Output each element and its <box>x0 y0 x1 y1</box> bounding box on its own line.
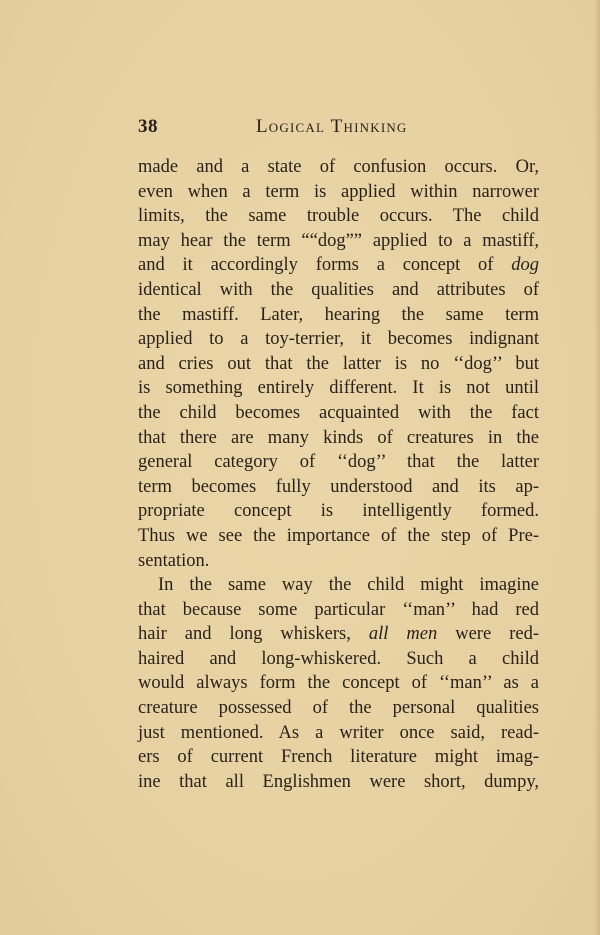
text-segment: hair and long whiskers, <box>138 624 369 644</box>
text-line: identical with the qualities and attribu… <box>138 278 539 303</box>
text-line: made and a state of confusion occurs. Or… <box>138 155 539 180</box>
text-line: general category of ‘‘dog’’ that the lat… <box>138 450 539 475</box>
text-line: that because some particular ‘‘man’’ had… <box>138 598 539 623</box>
text-line: applied to a toy-terrier, it becomes ind… <box>138 327 539 352</box>
text-line: Thus we see the importance of the step o… <box>138 524 539 549</box>
text-line: hair and long whiskers, all men were red… <box>138 622 539 647</box>
text-line: haired and long-whiskered. Such a child <box>138 647 539 672</box>
running-title: Logical Thinking <box>256 116 408 138</box>
text-line: even when a term is applied within narro… <box>138 180 539 205</box>
text-line: just mentioned. As a writer once said, r… <box>138 721 539 746</box>
text-line: term becomes fully understood and its ap… <box>138 475 539 500</box>
text-line: propriate concept is intelligently forme… <box>138 499 539 524</box>
text-line: the child becomes acquainted with the fa… <box>138 401 539 426</box>
text-line: would always form the concept of ‘‘man’’… <box>138 671 539 696</box>
book-page: 38 Logical Thinking made and a state of … <box>0 0 600 935</box>
text-line: creature possessed of the personal quali… <box>138 696 539 721</box>
text-line: and cries out that the latter is no ‘‘do… <box>138 352 539 377</box>
text-line: ine that all Englishmen were short, dump… <box>138 770 539 795</box>
running-header: 38 Logical Thinking <box>138 116 538 138</box>
text-segment: and it accordingly forms a concept of <box>138 255 511 275</box>
paragraph-first-line: In the same way the child might imagine <box>138 573 539 598</box>
italic-term: all men <box>369 624 437 644</box>
text-line: is something entirely different. It is n… <box>138 376 539 401</box>
text-line: may hear the term ““dog”” applied to a m… <box>138 229 539 254</box>
text-line: ers of current French literature might i… <box>138 745 539 770</box>
text-line: the mastiff. Later, hearing the same ter… <box>138 303 539 328</box>
page-edge-shadow <box>594 0 600 935</box>
page-number: 38 <box>138 116 158 138</box>
text-segment: were red- <box>437 624 539 644</box>
text-line: limits, the same trouble occurs. The chi… <box>138 204 539 229</box>
text-line: that there are many kinds of creatures i… <box>138 426 539 451</box>
body-text: made and a state of confusion occurs. Or… <box>138 155 539 794</box>
text-line: and it accordingly forms a concept of do… <box>138 253 539 278</box>
italic-term: dog <box>511 255 539 275</box>
text-line: sentation. <box>138 549 539 574</box>
